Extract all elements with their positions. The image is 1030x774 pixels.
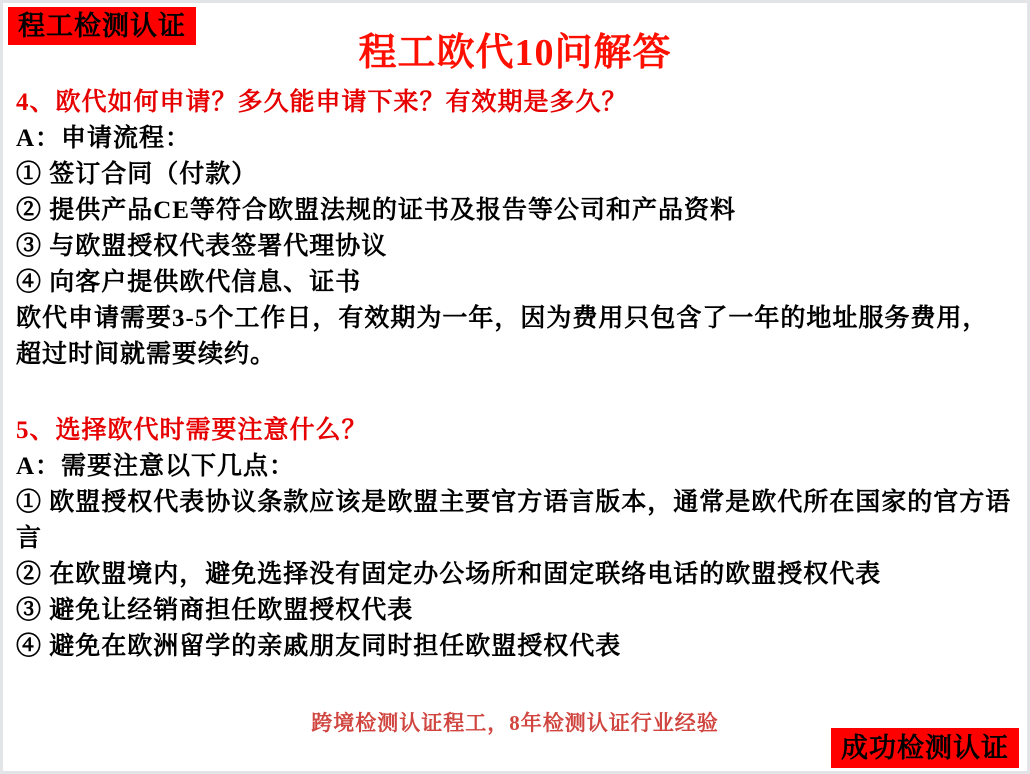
- list-item: ② 在欧盟境内，避免选择没有固定办公场所和固定联络电话的欧盟授权代表: [16, 557, 1014, 593]
- list-item: ③ 避免让经销商担任欧盟授权代表: [16, 593, 1014, 629]
- answer-lead: A：申请流程：: [16, 121, 1014, 157]
- answer-lead: A：需要注意以下几点：: [16, 449, 1014, 485]
- list-item: ④ 避免在欧洲留学的亲戚朋友同时担任欧盟授权代表: [16, 629, 1014, 665]
- list-item: ① 签订合同（付款）: [16, 157, 1014, 193]
- content-area: 4、欧代如何申请？多久能申请下来？有效期是多久？ A：申请流程： ① 签订合同（…: [16, 85, 1014, 665]
- list-item: ① 欧盟授权代表协议条款应该是欧盟主要官方语言版本，通常是欧代所在国家的官方语言: [16, 485, 1014, 557]
- list-item: ③ 与欧盟授权代表签署代理协议: [16, 229, 1014, 265]
- page-title: 程工欧代10问解答: [3, 21, 1027, 76]
- qa-section-question-5: 5、选择欧代时需要注意什么？ A：需要注意以下几点： ① 欧盟授权代表协议条款应…: [16, 413, 1014, 665]
- qa-section-question-4: 4、欧代如何申请？多久能申请下来？有效期是多久？ A：申请流程： ① 签订合同（…: [16, 85, 1014, 373]
- brand-badge-bottom-right: 成功检测认证: [831, 728, 1019, 768]
- slide-page: 程工检测认证 程工欧代10问解答 4、欧代如何申请？多久能申请下来？有效期是多久…: [0, 0, 1030, 774]
- list-item: ④ 向客户提供欧代信息、证书: [16, 265, 1014, 301]
- list-item: ② 提供产品CE等符合欧盟法规的证书及报告等公司和产品资料: [16, 193, 1014, 229]
- answer-paragraph: 欧代申请需要3-5个工作日，有效期为一年，因为费用只包含了一年的地址服务费用，超…: [16, 301, 1014, 373]
- question-heading: 5、选择欧代时需要注意什么？: [16, 413, 1014, 449]
- question-heading: 4、欧代如何申请？多久能申请下来？有效期是多久？: [16, 85, 1014, 121]
